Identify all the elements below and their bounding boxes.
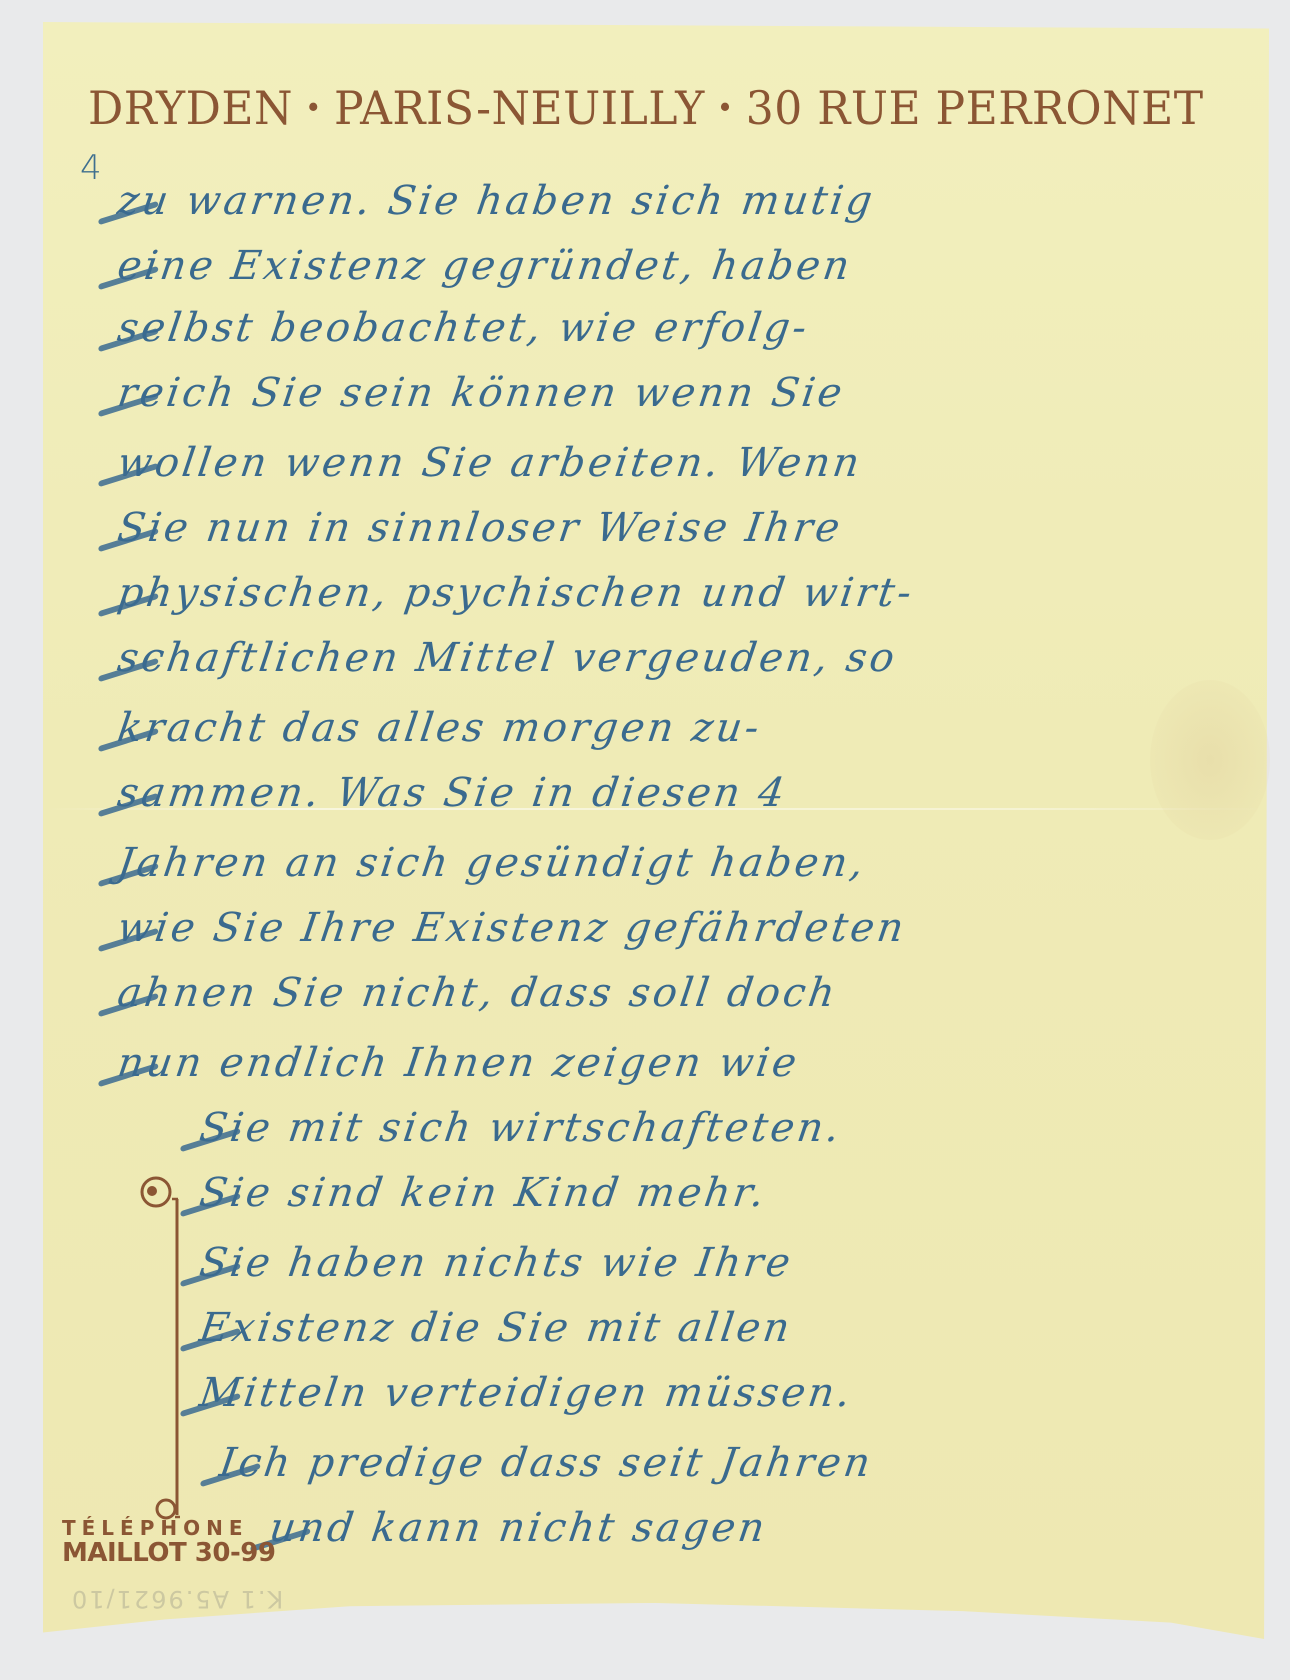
archive-pencil-mark: K.1 A5.9621/10 [70,1585,283,1613]
letter-line: zu warnen. Sie haben sich mutig [115,178,878,224]
letter-line: selbst beobachtet, wie erfolg- [115,305,813,351]
telephone-block: TÉLÉPHONE MAILLOT 30-99 [62,1518,275,1566]
letter-line: ahnen Sie nicht, dass soll doch [115,970,841,1016]
telephone-label: TÉLÉPHONE [62,1518,275,1538]
letter-line: eine Existenz gegründet, haben [115,243,855,289]
letter-line: Sie nun in sinnloser Weise Ihre [115,505,846,551]
letterhead-name: DRYDEN [88,82,293,136]
letter-line: physischen, psychischen und wirt- [115,570,917,616]
letter-line: Sie sind kein Kind mehr. [197,1170,770,1216]
letter-line: nun endlich Ihnen zeigen wie [115,1040,802,1086]
letter-line: reich Sie sein können wenn Sie [115,370,848,416]
letterhead-location: PARIS-NEUILLY [334,82,705,136]
page-number: 4 [80,148,102,188]
letter-line: Sie haben nichts wie Ihre [197,1240,796,1286]
telephone-number: MAILLOT 30-99 [62,1540,275,1566]
telephone-ornament-icon [140,1175,190,1530]
letter-line: sammen. Was Sie in diesen 4 [115,770,790,816]
letterhead-separator: • [717,90,734,125]
letter-line: Mitteln verteidigen müssen. [197,1370,856,1416]
paper-stain [1150,680,1270,840]
letter-line: schaftlichen Mittel vergeuden, so [115,635,900,681]
letter-line: Sie mit sich wirtschafteten. [197,1105,845,1151]
letter-line: wie Sie Ihre Existenz gefährdeten [115,905,910,951]
letter-line: Jahren an sich gesündigt haben, [115,840,869,886]
letter-line: Ich predige dass seit Jahren [217,1440,876,1486]
letter-line: Existenz die Sie mit allen [197,1305,796,1351]
letterhead: DRYDEN•PARIS-NEUILLY•30 RUE PERRONET [88,82,1228,136]
letter-line: kracht das alles morgen zu- [115,705,765,751]
letter-line: und kann nicht sagen [267,1505,771,1551]
letter-line: wollen wenn Sie arbeiten. Wenn [115,440,865,486]
letterhead-address: 30 RUE PERRONET [746,82,1204,136]
letterhead-separator: • [305,90,322,125]
